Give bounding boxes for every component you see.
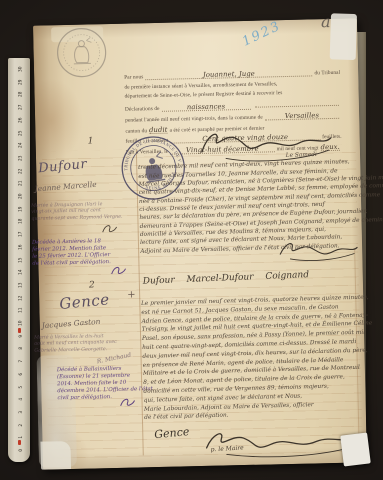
cross-mark: + xyxy=(127,289,136,300)
ruler-number: 9 xyxy=(20,335,25,338)
ruler-number: 25 xyxy=(20,130,25,135)
ruler-number: 5 xyxy=(20,385,25,388)
form-fill xyxy=(254,98,339,108)
ruler-number: 7 xyxy=(20,360,25,363)
act2-marriage-note: Marié à Versailles le dix-huitaoût mil n… xyxy=(34,333,140,354)
ruler-number: 6 xyxy=(20,373,25,376)
ruler-number: 22 xyxy=(20,168,25,173)
paraph-mark xyxy=(99,222,119,236)
measuring-tape: 3029282726252423222120191817161514131211… xyxy=(8,58,30,462)
form-text: Par nous xyxy=(124,73,143,83)
ruler-number: 4 xyxy=(20,398,25,401)
ruler-number: 21 xyxy=(20,181,25,186)
ruler-numbers: 3029282726252423222120191817161514131211… xyxy=(16,67,28,453)
ruler-number: 8 xyxy=(20,347,25,350)
ruler-number: 26 xyxy=(20,117,25,122)
form-fill: Jouannet, Juge xyxy=(145,68,312,80)
corner-letter: a xyxy=(321,12,331,31)
ruler-number: 1 xyxy=(20,436,25,439)
act1-marriage-note: Mariée à Draguignan (Var) levingt-six ju… xyxy=(31,201,137,222)
ruler-red-mark xyxy=(18,328,21,333)
ruler-number: 12 xyxy=(20,295,25,300)
act2-body-text: Le premier janvier mil neuf cent vingt-t… xyxy=(141,294,366,423)
form-text: du Tribunal xyxy=(314,69,340,79)
tribunal-seal-icon xyxy=(55,26,108,79)
signature-flourish xyxy=(198,422,364,462)
ruler-number: 10 xyxy=(20,321,25,326)
act-number: 2 xyxy=(89,280,95,290)
archival-photo: 3029282726252423222120191817161514131211… xyxy=(0,0,383,480)
ruler-number: 23 xyxy=(20,155,25,160)
ruler-number: 24 xyxy=(20,143,25,148)
paraph-mark xyxy=(108,264,128,278)
ruler-number: 16 xyxy=(20,244,25,249)
year-annotation: 1923 xyxy=(240,18,284,49)
ruler-number: 27 xyxy=(20,105,25,110)
ruler-number: 17 xyxy=(20,232,25,237)
form-fill: Versailles xyxy=(265,111,339,121)
register-page: 1923 a Par nous Jouannet, Juge du Tribun… xyxy=(33,18,367,469)
ruler-number: 11 xyxy=(20,308,25,313)
ruler-number: 3 xyxy=(20,411,25,414)
ruler-number: 29 xyxy=(20,79,25,84)
paraph-mark xyxy=(117,395,137,409)
ruler-number: 0 xyxy=(20,449,25,452)
ruler-number: 2 xyxy=(20,424,25,427)
ruler-number: 30 xyxy=(20,67,25,72)
ruler-red-mark xyxy=(18,440,21,445)
torn-corner xyxy=(40,441,71,470)
signature-flourish xyxy=(276,236,362,264)
ruler-number: 28 xyxy=(20,92,25,97)
tape-patch xyxy=(330,13,357,60)
act-number: 1 xyxy=(88,136,94,146)
form-text: Déclarations de xyxy=(125,105,160,115)
ruler-number: 18 xyxy=(20,219,25,224)
form-fill: naissances xyxy=(161,102,250,112)
ruler-number: 14 xyxy=(20,270,25,275)
ruler-number: 19 xyxy=(20,206,25,211)
ruler-number: 13 xyxy=(20,282,25,287)
ruler-number: 15 xyxy=(20,257,25,262)
underlying-page-corner xyxy=(340,432,371,466)
ruler-number: 20 xyxy=(20,194,25,199)
